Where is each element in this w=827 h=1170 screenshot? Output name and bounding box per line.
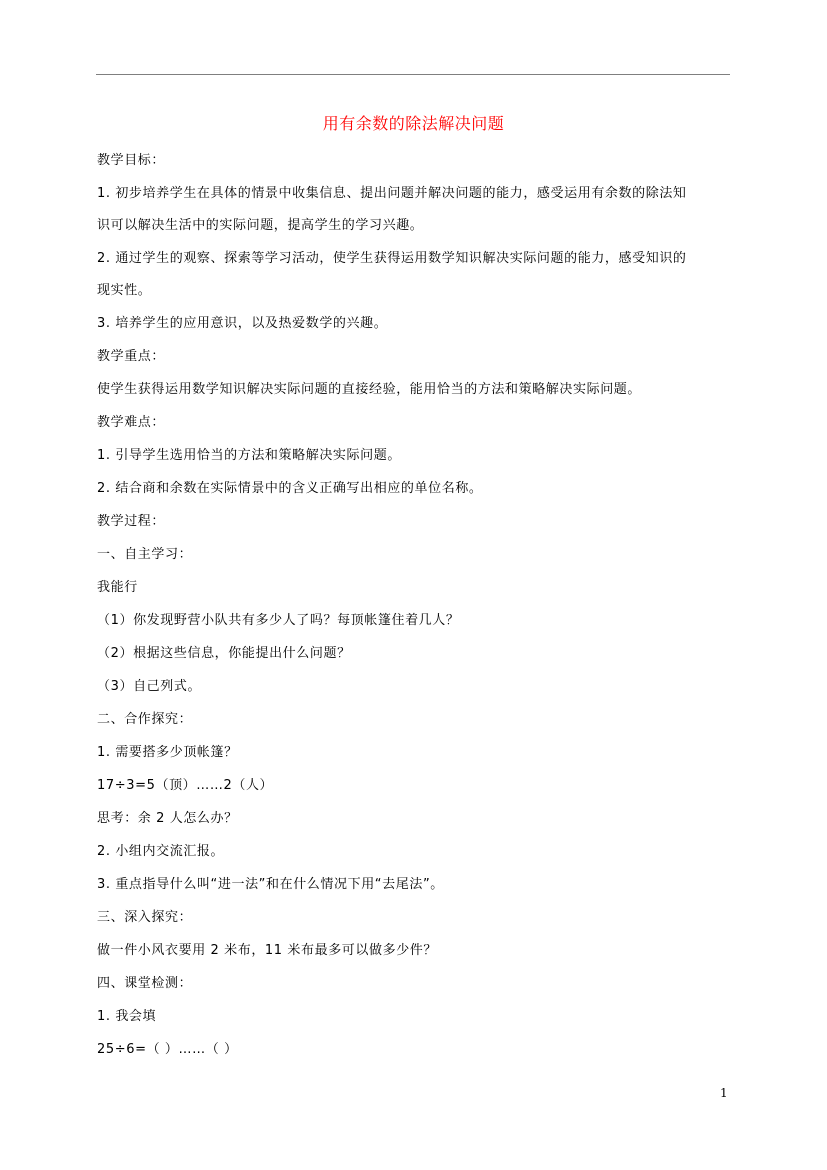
section-3-problem: 做一件小风衣要用 2 米布，11 米布最多可以做多少件？ [97, 940, 737, 973]
goal-3: 3. 培养学生的应用意识，以及热爱数学的兴趣。 [97, 313, 737, 346]
heading-teaching-goals: 教学目标： [97, 150, 737, 183]
heading-teaching-process: 教学过程： [97, 511, 737, 544]
document-body: 教学目标： 1. 初步培养学生在具体的情景中收集信息、提出问题并解决问题的能力，… [97, 150, 737, 1072]
section-4-item-1: 1. 我会填 [97, 1006, 737, 1039]
heading-key-points: 教学重点： [97, 346, 737, 379]
key-point-text: 使学生获得运用数学知识解决实际问题的直接经验，能用恰当的方法和策略解决实际问题。 [97, 379, 737, 412]
difficulty-2: 2. 结合商和余数在实际情景中的含义正确写出相应的单位名称。 [97, 478, 737, 511]
section-1-item-1: （1）你发现野营小队共有多少人了吗？每顶帐篷住着几人？ [97, 610, 737, 643]
section-2-item-1: 1. 需要搭多少顶帐篷？ [97, 742, 737, 775]
section-2-heading: 二、合作探究： [97, 709, 737, 742]
goal-1-line-2: 识可以解决生活中的实际问题，提高学生的学习兴趣。 [97, 215, 737, 248]
section-4-fill-blank: 25÷6=（ ）……（ ） [97, 1039, 737, 1072]
section-2-think: 思考：余 2 人怎么办？ [97, 808, 737, 841]
section-2-item-2: 2. 小组内交流汇报。 [97, 841, 737, 874]
section-2-item-3: 3. 重点指导什么叫“进一法”和在什么情况下用“去尾法”。 [97, 874, 737, 907]
document-title: 用有余数的除法解决问题 [0, 113, 827, 135]
section-1-item-3: （3）自己列式。 [97, 676, 737, 709]
page-number: 1 [720, 1086, 728, 1100]
section-1-subheading: 我能行 [97, 577, 737, 610]
section-1-heading: 一、自主学习： [97, 544, 737, 577]
heading-difficulties: 教学难点： [97, 412, 737, 445]
section-1-item-2: （2）根据这些信息，你能提出什么问题？ [97, 643, 737, 676]
section-4-heading: 四、课堂检测： [97, 973, 737, 1006]
difficulty-1: 1. 引导学生选用恰当的方法和策略解决实际问题。 [97, 445, 737, 478]
goal-1-line-1: 1. 初步培养学生在具体的情景中收集信息、提出问题并解决问题的能力，感受运用有余… [97, 183, 737, 215]
goal-2-line-2: 现实性。 [97, 280, 737, 313]
section-2-equation: 17÷3=5（顶）……2（人） [97, 775, 737, 808]
goal-2-line-1: 2. 通过学生的观察、探索等学习活动，使学生获得运用数学知识解决实际问题的能力，… [97, 248, 737, 280]
section-3-heading: 三、深入探究： [97, 907, 737, 940]
header-rule [96, 74, 730, 75]
